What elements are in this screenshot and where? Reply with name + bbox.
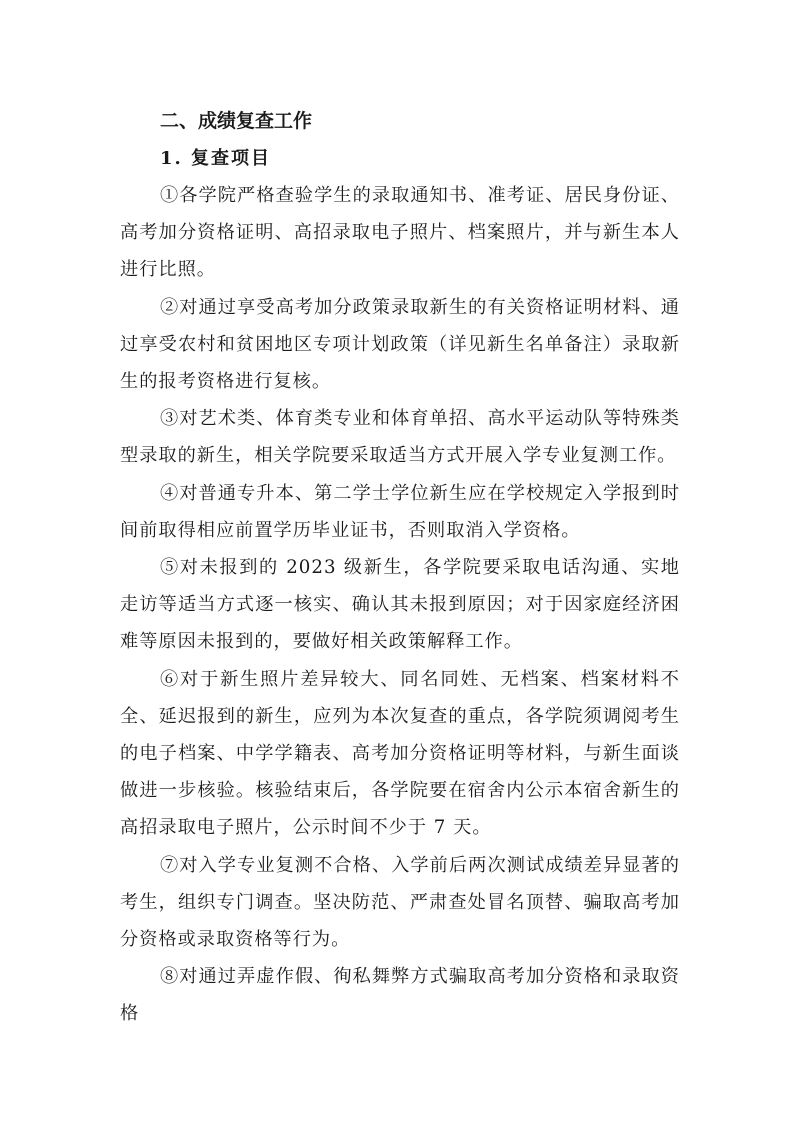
paragraph-item-6: ⑥对于新生照片差异较大、同名同姓、无档案、档案材料不全、延迟报到的新生，应列为本… xyxy=(120,661,680,847)
paragraph-item-2: ②对通过享受高考加分政策录取新生的有关资格证明材料、通过享受农村和贫困地区专项计… xyxy=(120,289,680,401)
document-page: 二、成绩复查工作 1. 复查项目 ①各学院严格查验学生的录取通知书、准考证、居民… xyxy=(120,103,680,1033)
paragraph-item-5: ⑤对未报到的 2023 级新生，各学院要采取电话沟通、实地走访等适当方式逐一核实… xyxy=(120,549,680,661)
paragraph-item-7: ⑦对入学专业复测不合格、入学前后两次测试成绩差异显著的考生，组织专门调查。坚决防… xyxy=(120,847,680,959)
paragraph-item-4: ④对普通专升本、第二学士学位新生应在学校规定入学报到时间前取得相应前置学历毕业证… xyxy=(120,475,680,549)
paragraph-item-3: ③对艺术类、体育类专业和体育单招、高水平运动队等特殊类型录取的新生，相关学院要采… xyxy=(120,400,680,474)
section-heading: 二、成绩复查工作 xyxy=(120,103,680,140)
subsection-heading: 1. 复查项目 xyxy=(120,140,680,177)
paragraph-item-8: ⑧对通过弄虚作假、徇私舞弊方式骗取高考加分资格和录取资格 xyxy=(120,958,680,1032)
paragraph-item-1: ①各学院严格查验学生的录取通知书、准考证、居民身份证、高考加分资格证明、高招录取… xyxy=(120,177,680,289)
